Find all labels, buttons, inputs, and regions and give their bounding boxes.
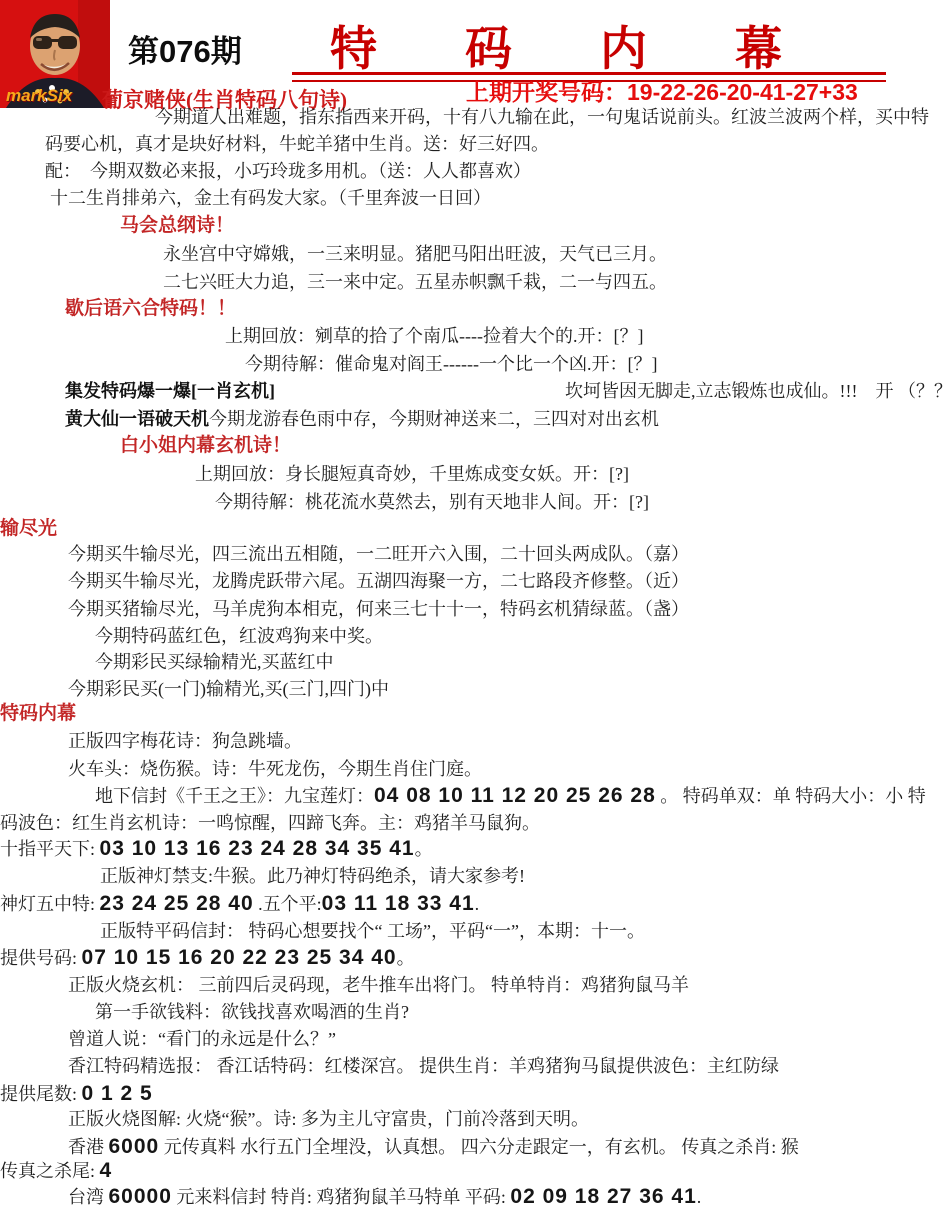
text-line: 上期回放：剜草的拾了个南瓜----捡着大个的.开：[？] bbox=[225, 324, 643, 348]
section-heading: 特码内幕 bbox=[0, 702, 76, 726]
section-heading: 白小姐内幕玄机诗！ bbox=[120, 434, 291, 458]
text-segment: 白小姐内幕玄机诗！ bbox=[120, 435, 291, 456]
text-segment: 。 bbox=[397, 948, 415, 968]
text-segment: 神灯五中特: bbox=[0, 894, 100, 914]
text-segment: 香江特码精选报： 香江话特码：红楼深宫。 提供生肖：羊鸡猪狗马鼠提供波色：主红防… bbox=[68, 1056, 779, 1076]
text-segment: 今期彩民买(一门)输精光,买(三门,四门)中 bbox=[68, 679, 389, 699]
text-line: 今期待解：催命鬼对阎王------一个比一个凶.开：[？] bbox=[245, 352, 657, 376]
text-segment: 今期买猪输尽光，马羊虎狗本相克，何来三七十十一，特码玄机猜绿蓝。（盏） bbox=[68, 599, 689, 619]
text-segment: 香港 bbox=[68, 1137, 109, 1157]
text-line: 第一手欲钱料：欲钱找喜欢喝酒的生肖? bbox=[95, 1000, 409, 1024]
page: { "header": { "issue": "第076期", "title":… bbox=[0, 0, 949, 1215]
text-line: 黄大仙一语破天机今期龙游春色雨中存，今期财神送来二，三四对对出玄机 bbox=[65, 407, 659, 431]
text-segment: 二七兴旺大力追，三一来中定。五星赤帜飘千栽，二一与四五。 bbox=[163, 272, 667, 292]
text-segment: 十二生肖排弟六，金土有码发大家。（千里奔波一日回） bbox=[50, 188, 491, 208]
text-line: 今期买猪输尽光，马羊虎狗本相克，何来三七十十一，特码玄机猜绿蓝。（盏） bbox=[68, 597, 689, 621]
text-line: 传真之杀尾: 4 bbox=[0, 1159, 112, 1183]
text-segment: 今期买牛输尽光，龙腾虎跃带六尾。五湖四海聚一方，二七路段齐修整。（近） bbox=[68, 571, 689, 591]
section-heading: 马会总纲诗！ bbox=[120, 214, 234, 238]
text-segment: 02 09 18 27 36 41 bbox=[510, 1185, 696, 1208]
text-line: 今期彩民买绿输精光,买蓝红中 bbox=[95, 650, 334, 674]
text-segment: 03 10 13 16 23 24 28 34 35 41 bbox=[100, 837, 415, 860]
text-line: 正版四字梅花诗：狗急跳墙。 bbox=[68, 729, 302, 753]
text-line: 配： 今期双数必来报，小巧玲珑多用机。（送：人人都喜欢） bbox=[45, 159, 531, 183]
text-segment: 今期特码蓝红色，红波鸡狗来中奖。 bbox=[95, 626, 383, 646]
text-segment: 永坐宫中守嫦娥，一三来明显。猪肥马阳出旺波，天气已三月。 bbox=[163, 244, 667, 264]
text-segment: 配： 今期双数必来报，小巧玲珑多用机。（送：人人都喜欢） bbox=[45, 161, 531, 181]
section-heading: 输尽光 bbox=[0, 517, 57, 541]
text-segment: 正版火烧图解: 火烧“猴”。诗: 多为主儿守富贵，门前冷落到天明。 bbox=[68, 1109, 589, 1129]
text-segment: 今期待解：催命鬼对阎王------一个比一个凶.开：[？] bbox=[245, 354, 657, 374]
text-segment: 集发特码爆一爆[一肖玄机] bbox=[65, 381, 275, 401]
text-line: 今期彩民买(一门)输精光,买(三门,四门)中 bbox=[68, 677, 389, 701]
text-segment: 正版神灯禁支:牛猴。此乃神灯特码绝杀，请大家参考! bbox=[100, 866, 525, 886]
text-line: 今期道人出难题，指东指西来开码，十有八九输在此，一句鬼话说前头。红波兰波两个样，… bbox=[155, 105, 929, 129]
text-segment: . bbox=[697, 1187, 702, 1207]
text-line: 台湾 60000 元来料信封 特肖: 鸡猪狗鼠羊马特单 平码: 02 09 18… bbox=[68, 1185, 701, 1209]
text-segment: 坎坷皆因无脚走,立志锻炼也成仙。!!! 开 （？？） bbox=[565, 381, 949, 401]
text-line: 码波色：红生肖玄机诗：一鸣惊醒，四蹄飞奔。主：鸡猪羊马鼠狗。 bbox=[0, 811, 540, 835]
text-line: 今期买牛输尽光，四三流出五相随，一二旺开六入围，二十回头两成队。（嘉） bbox=[68, 542, 689, 566]
text-segment: 火车头：烧伤猴。诗：牛死龙伤，今期生肖住门庭。 bbox=[68, 759, 482, 779]
text-segment: 上期回放：剜草的拾了个南瓜----捡着大个的.开：[？] bbox=[225, 326, 643, 346]
text-segment: .五个平: bbox=[254, 894, 322, 914]
text-line: 今期待解：桃花流水莫然去，别有天地非人间。开：[?] bbox=[215, 490, 649, 514]
text-segment: 今期买牛输尽光，四三流出五相随，一二旺开六入围，二十回头两成队。（嘉） bbox=[68, 544, 689, 564]
text-segment: 23 24 25 28 40 bbox=[100, 892, 254, 915]
text-line: 十指平天下: 03 10 13 16 23 24 28 34 35 41。 bbox=[0, 837, 433, 861]
text-segment: 今期龙游春色雨中存，今期财神送来二，三四对对出玄机 bbox=[209, 409, 659, 429]
text-segment: 上期回放：身长腿短真奇妙，千里炼成变女妖。开：[?] bbox=[195, 464, 629, 484]
text-segment: 黄大仙一语破天机 bbox=[65, 409, 209, 429]
text-line: 今期特码蓝红色，红波鸡狗来中奖。 bbox=[95, 624, 383, 648]
text-segment: 正版四字梅花诗：狗急跳墙。 bbox=[68, 731, 302, 751]
text-segment: 。 bbox=[415, 839, 433, 859]
text-segment: 特码内幕 bbox=[0, 703, 76, 724]
text-segment: 元来料信封 特肖: 鸡猪狗鼠羊马特单 平码: bbox=[172, 1187, 511, 1207]
text-line: 十二生肖排弟六，金土有码发大家。（千里奔波一日回） bbox=[50, 186, 491, 210]
text-line: 永坐宫中守嫦娥，一三来明显。猪肥马阳出旺波，天气已三月。 bbox=[163, 242, 667, 266]
text-segment: 今期待解：桃花流水莫然去，别有天地非人间。开：[?] bbox=[215, 492, 649, 512]
text-segment: 马会总纲诗！ bbox=[120, 215, 234, 236]
text-segment: 曾道人说：“看门的永远是什么？” bbox=[68, 1029, 336, 1049]
text-segment: 04 08 10 11 12 20 25 26 28 bbox=[374, 784, 656, 807]
text-segment: 歇后语六合特码！！ bbox=[65, 298, 236, 319]
content-lines: 今期道人出难题，指东指西来开码，十有八九输在此，一句鬼话说前头。红波兰波两个样，… bbox=[0, 0, 949, 1215]
text-line: 地下信封《千王之王》：九宝莲灯：04 08 10 11 12 20 25 26 … bbox=[95, 784, 926, 808]
text-segment: 地下信封《千王之王》：九宝莲灯： bbox=[95, 786, 374, 806]
text-line: 曾道人说：“看门的永远是什么？” bbox=[68, 1027, 336, 1051]
text-line: 上期回放：身长腿短真奇妙，千里炼成变女妖。开：[?] bbox=[195, 462, 629, 486]
text-segment: 正版火烧玄机： 三前四后灵码现，老牛推车出将门。 特单特肖：鸡猪狗鼠马羊 bbox=[68, 975, 689, 995]
text-segment: 提供号码: bbox=[0, 948, 82, 968]
text-line: 香江特码精选报： 香江话特码：红楼深宫。 提供生肖：羊鸡猪狗马鼠提供波色：主红防… bbox=[68, 1054, 779, 1078]
text-line: 正版神灯禁支:牛猴。此乃神灯特码绝杀，请大家参考! bbox=[100, 864, 525, 888]
text-segment: 今期彩民买绿输精光,买蓝红中 bbox=[95, 652, 334, 672]
text-segment: 。 特码单双：单 特码大小：小 特 bbox=[656, 786, 926, 806]
text-segment: 输尽光 bbox=[0, 518, 57, 539]
text-segment: 元传真料 水行五门全埋没，认真想。 四六分走跟定一，有玄机。 传真之杀肖: 猴 bbox=[159, 1137, 799, 1157]
text-line: 香港 6000 元传真料 水行五门全埋没，认真想。 四六分走跟定一，有玄机。 传… bbox=[68, 1135, 799, 1159]
text-line: 提供号码: 07 10 15 16 20 22 23 25 34 40。 bbox=[0, 946, 415, 970]
text-segment: 台湾 bbox=[68, 1187, 109, 1207]
text-line: 码要心机，真才是块好材料，牛蛇羊猪中生肖。送：好三好四。 bbox=[45, 132, 549, 156]
text-segment: 4 bbox=[100, 1159, 113, 1182]
text-segment: 0 1 2 5 bbox=[82, 1082, 153, 1105]
text-segment: 60000 bbox=[109, 1185, 172, 1208]
text-line: 正版特平码信封： 特码心想要找个“ 工场”，平码“一”，本期：十一。 bbox=[100, 919, 645, 943]
text-segment: 提供尾数: bbox=[0, 1084, 82, 1104]
text-segment: 6000 bbox=[109, 1135, 160, 1158]
text-segment: 今期道人出难题，指东指西来开码，十有八九输在此，一句鬼话说前头。红波兰波两个样，… bbox=[155, 107, 929, 127]
text-segment: 03 11 18 33 41 bbox=[322, 892, 475, 915]
text-segment: 码波色：红生肖玄机诗：一鸣惊醒，四蹄飞奔。主：鸡猪羊马鼠狗。 bbox=[0, 813, 540, 833]
section-heading: 歇后语六合特码！！ bbox=[65, 297, 236, 321]
text-segment: 传真之杀尾: bbox=[0, 1161, 100, 1181]
text-segment: 第一手欲钱料：欲钱找喜欢喝酒的生肖? bbox=[95, 1002, 409, 1022]
text-segment: 正版特平码信封： 特码心想要找个“ 工场”，平码“一”，本期：十一。 bbox=[100, 921, 645, 941]
text-segment: 07 10 15 16 20 22 23 25 34 40 bbox=[82, 946, 397, 969]
text-line: 集发特码爆一爆[一肖玄机]坎坷皆因无脚走,立志锻炼也成仙。!!! 开 （？？） bbox=[65, 379, 949, 403]
text-line: 神灯五中特: 23 24 25 28 40 .五个平:03 11 18 33 4… bbox=[0, 892, 479, 916]
text-line: 二七兴旺大力追，三一来中定。五星赤帜飘千栽，二一与四五。 bbox=[163, 270, 667, 294]
text-line: 提供尾数: 0 1 2 5 bbox=[0, 1082, 153, 1106]
text-line: 正版火烧玄机： 三前四后灵码现，老牛推车出将门。 特单特肖：鸡猪狗鼠马羊 bbox=[68, 973, 689, 997]
text-line: 火车头：烧伤猴。诗：牛死龙伤，今期生肖住门庭。 bbox=[68, 757, 482, 781]
text-segment: 码要心机，真才是块好材料，牛蛇羊猪中生肖。送：好三好四。 bbox=[45, 134, 549, 154]
text-segment: . bbox=[475, 894, 480, 914]
text-segment: 十指平天下: bbox=[0, 839, 100, 859]
text-line: 正版火烧图解: 火烧“猴”。诗: 多为主儿守富贵，门前冷落到天明。 bbox=[68, 1107, 589, 1131]
text-line: 今期买牛输尽光，龙腾虎跃带六尾。五湖四海聚一方，二七路段齐修整。（近） bbox=[68, 569, 689, 593]
